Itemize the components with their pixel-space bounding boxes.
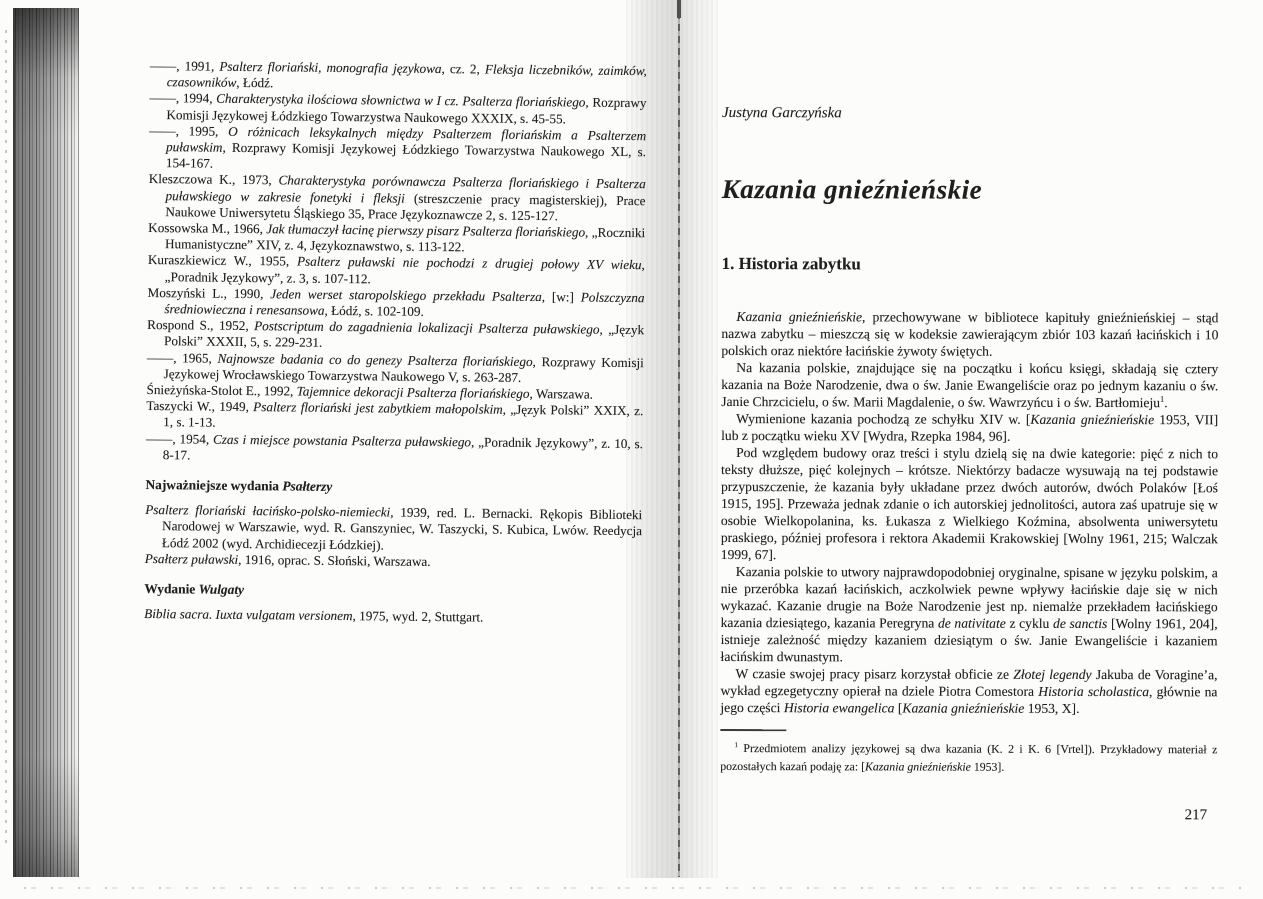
edition-entry: Psalterz floriański łacińsko-polsko-niem… [145,502,642,556]
bibliography-entry: ——, 1954, Czas i miejsce powstania Psalt… [146,431,643,469]
paragraph: Kazania gnieźnieńskie, przechowywane w b… [721,308,1218,360]
bibliography-entry: Taszycki W., 1949, Psalterz floriański j… [146,398,643,436]
editions-list: Psalterz floriański łacińsko-polsko-niem… [145,502,643,572]
footnote-rule [720,729,786,731]
author-name: Justyna Garczyńska [722,104,1219,123]
bibliography-list: ——, 1991, Psalterz floriański, monografi… [146,58,647,468]
bibliography-entry: ——, 1991, Psalterz floriański, monografi… [150,58,647,96]
editions-heading: Najważniejsze wydania Psałterzy [145,477,642,498]
bibliography-entry: Rospond S., 1952, Postscriptum do zagadn… [147,317,644,355]
paragraph: Pod względem budowy oraz treści i stylu … [721,444,1218,564]
footnote-text: 1 Przedmiotem analizy językowej są dwa k… [720,739,1217,776]
bibliography-entry: ——, 1994, Charakterystyka ilościowa słow… [149,90,646,128]
chapter-title: Kazania gnieźnieńskie [722,174,1219,205]
paragraph: Na kazania polskie, znajdujące się na po… [721,359,1218,411]
section-heading: 1. Historia zabytku [722,254,1219,275]
bibliography-entry: Kossowska M., 1966, Jak tłumaczył łacinę… [148,220,645,258]
paragraph: Kazania polskie to utwory najprawdopodob… [721,563,1218,666]
left-page: ——, 1991, Psalterz floriański, monografi… [144,58,647,628]
paragraph: W czasie swojej pracy pisarz korzystał o… [720,665,1217,717]
page-number: 217 [1185,807,1208,824]
vulgate-edition-entry: Biblia sacra. Iuxta vulgatam versionem, … [144,606,641,627]
footnote-area: 1 Przedmiotem analizy językowej są dwa k… [720,729,1217,776]
scan-bottom-artifact [24,887,1244,889]
book-scan: ——, 1991, Psalterz floriański, monografi… [0,0,1263,899]
bibliography-entry: Kuraszkiewicz W., 1955, Psalterz puławsk… [148,252,645,290]
right-page: Justyna Garczyńska Kazania gnieźnieńskie… [720,104,1219,845]
binding-shadow [13,8,79,877]
bibliography-entry: Kleszczowa K., 1973, Charakterystyka por… [148,171,645,225]
bibliography-entry: ——, 1965, Najnowsze badania co do genezy… [147,350,644,388]
scan-edge-dots [5,30,7,850]
body-text: Kazania gnieźnieńskie, przechowywane w b… [720,308,1218,717]
bibliography-entry: Moszyński L., 1990, Jeden werset staropo… [147,285,644,323]
vulgate-heading: Wydanie Wulgaty [144,581,641,602]
gutter-crease-line [678,0,680,877]
paragraph: Wymienione kazania pochodzą ze schyłku X… [721,410,1218,445]
bibliography-entry: ——, 1995, O różnicach leksykalnych międz… [149,123,646,177]
